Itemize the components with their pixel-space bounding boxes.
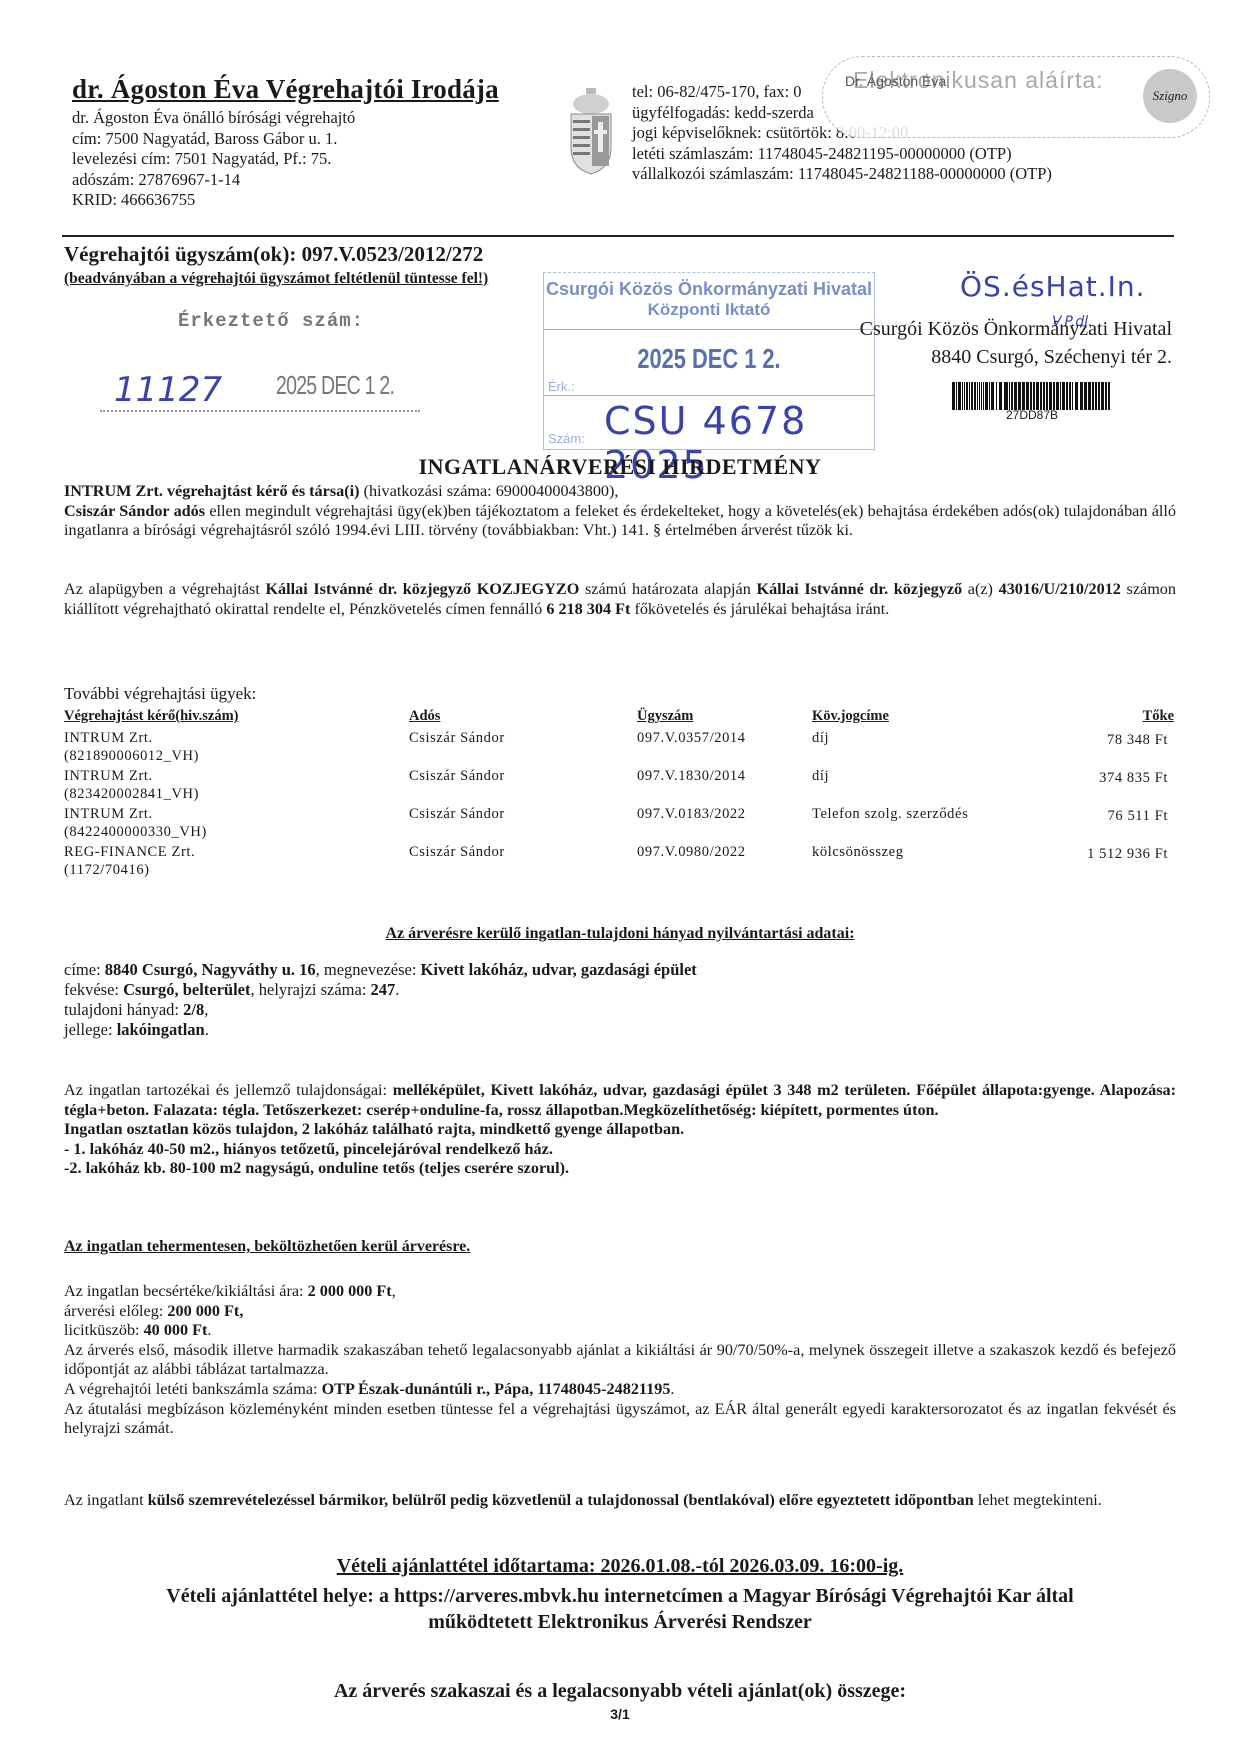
text: Az ingatlant bbox=[64, 1491, 148, 1509]
office-krid: KRID: 466636755 bbox=[72, 190, 355, 211]
further-cases-label: További végrehajtási ügyek: bbox=[64, 684, 256, 704]
notary-name: Kállai Istvánné dr. közjegyző bbox=[756, 580, 962, 598]
property-name: Kivett lakóház, udvar, gazdasági épület bbox=[421, 960, 697, 979]
incoming-registry-stamp: Csurgói Közös Önkormányzati Hivatal Közp… bbox=[543, 272, 875, 450]
stages-text: Az árverés első, második illetve harmadi… bbox=[64, 1341, 1176, 1380]
intro-text: ellen megindult végrehajtási ügy(ek)ben … bbox=[64, 502, 1176, 540]
principal-amount: 1 512 936 Ft bbox=[1087, 846, 1168, 863]
label: fekvése: bbox=[64, 980, 123, 999]
label: , helyrajzi száma: bbox=[251, 980, 371, 999]
property-location-line: fekvése: Csurgó, belterület, helyrajzi s… bbox=[64, 980, 697, 1000]
estimate-line: Az ingatlan becsértéke/kikiáltási ára: 2… bbox=[64, 1282, 1176, 1302]
col-header-debtor: Adós bbox=[409, 708, 440, 725]
principal-amount: 6 218 304 Ft bbox=[546, 600, 630, 618]
property-details: címe: 8840 Csurgó, Nagyváthy u. 16, megn… bbox=[64, 960, 697, 1040]
document-number: 43016/U/210/2012 bbox=[999, 580, 1121, 598]
creditor-name: INTRUM Zrt. bbox=[64, 730, 153, 747]
received-number-handwritten: 11127 bbox=[114, 370, 222, 410]
bank-account: OTP Észak-dunántúli r., Pápa, 11748045-2… bbox=[322, 1380, 671, 1398]
stamp-date: 2025 DEC 1 2. bbox=[580, 343, 837, 375]
col-header-amount: Tőke bbox=[1143, 708, 1174, 725]
debtor-name: Csiszár Sándor bbox=[409, 768, 505, 785]
stamp-office-name: Csurgói Közös Önkormányzati Hivatal bbox=[544, 279, 874, 300]
addressee-address: 8840 Csurgó, Széchenyi tér 2. bbox=[931, 346, 1172, 369]
property-address: 8840 Csurgó, Nagyváthy u. 16 bbox=[105, 960, 316, 979]
intro-paragraph: INTRUM Zrt. végrehajtást kérő és társa(i… bbox=[64, 482, 1176, 541]
debtor-name: Csiszár Sándor bbox=[409, 806, 505, 823]
coat-of-arms-icon bbox=[566, 86, 616, 176]
seal-text: Szigno bbox=[1153, 88, 1188, 104]
esignature-signer: Dr. Ágoston Éva bbox=[845, 73, 946, 89]
increment-value: 40 000 Ft bbox=[144, 1321, 208, 1339]
bidding-place-system: működtetett Elektronikus Árverési Rendsz… bbox=[0, 1611, 1240, 1634]
business-account: vállalkozói számlaszám: 11748045-2482118… bbox=[632, 164, 1052, 185]
case-number: 097.V.0357/2014 bbox=[637, 730, 746, 747]
bidding-place: Vételi ajánlattétel helye: a https://arv… bbox=[0, 1585, 1240, 1608]
estimate-value: 2 000 000 Ft bbox=[308, 1282, 392, 1300]
addressee-handwritten-note: ÖS.ésHat.In. bbox=[960, 270, 1146, 303]
text: számú határozata alapján bbox=[579, 580, 756, 598]
house-2-note: -2. lakóház kb. 80-100 m2 nagyságú, ondu… bbox=[64, 1159, 569, 1177]
received-date: 2025 DEC 1 2. bbox=[276, 370, 394, 401]
bidding-period: Vételi ajánlattétel időtartama: 2026.01.… bbox=[0, 1555, 1240, 1578]
deposit-line: árverési előleg: 200 000 Ft, bbox=[64, 1302, 1176, 1322]
col-header-claim-title: Köv.jogcíme bbox=[812, 708, 889, 725]
creditor-name: INTRUM Zrt. végrehajtást kérő és társa(i… bbox=[64, 482, 360, 500]
increment-line: licitküszöb: 40 000 Ft. bbox=[64, 1321, 1176, 1341]
office-title: dr. Ágoston Éva Végrehajtói Irodája bbox=[72, 74, 499, 105]
creditor-ref: (823420002841_VH) bbox=[64, 786, 199, 803]
case-number: 097.V.1830/2014 bbox=[637, 768, 746, 785]
office-address: cím: 7500 Nagyatád, Baross Gábor u. 1. bbox=[72, 129, 355, 150]
case-number: 097.V.0980/2022 bbox=[637, 844, 746, 861]
stamp-divider bbox=[544, 395, 874, 396]
price-details: Az ingatlan becsértéke/kikiáltási ára: 2… bbox=[64, 1282, 1176, 1439]
text: a(z) bbox=[962, 580, 998, 598]
label: jellege: bbox=[64, 1020, 117, 1039]
debtor-name: Csiszár Sándor bbox=[409, 844, 505, 861]
property-share: 2/8 bbox=[183, 1000, 204, 1019]
creditor-name: REG-FINANCE Zrt. bbox=[64, 844, 195, 861]
office-postal-address: levelezési cím: 7501 Nagyatád, Pf.: 75. bbox=[72, 149, 355, 170]
label: Az ingatlan becsértéke/kikiáltási ára: bbox=[64, 1282, 308, 1300]
co-ownership-note: Ingatlan osztatlan közös tulajdon, 2 lak… bbox=[64, 1120, 684, 1138]
claim-title: díj bbox=[812, 768, 829, 785]
label: A végrehajtói letéti bankszámla száma: bbox=[64, 1380, 322, 1398]
reference-number: (hivatkozási száma: 69000400043800), bbox=[360, 482, 619, 500]
viewing-conditions: külső szemrevételezéssel bármikor, belül… bbox=[148, 1491, 974, 1509]
text: Az alapügyben a végrehajtást bbox=[64, 580, 265, 598]
table-row: INTRUM Zrt.(823420002841_VH)Csiszár Sánd… bbox=[64, 768, 1174, 810]
case-note: (beadványában a végrehajtói ügyszámot fe… bbox=[64, 270, 488, 288]
bank-line: A végrehajtói letéti bankszámla száma: O… bbox=[64, 1380, 1176, 1400]
table-row: REG-FINANCE Zrt.(1172/70416)Csiszár Sánd… bbox=[64, 844, 1174, 886]
received-number-label: Érkeztető szám: bbox=[178, 310, 364, 332]
col-header-creditor: Végrehajtást kérő(hiv.szám) bbox=[64, 708, 239, 725]
deposit-value: 200 000 Ft bbox=[167, 1302, 239, 1320]
property-type-line: jellege: lakóingatlan. bbox=[64, 1020, 697, 1040]
barcode-text: 27DD87B bbox=[952, 408, 1112, 422]
stamp-divider bbox=[544, 329, 874, 330]
seal-icon: Szigno bbox=[1143, 69, 1197, 123]
property-type: lakóingatlan bbox=[117, 1020, 205, 1039]
transfer-note: Az átutalási megbízáson közleményként mi… bbox=[64, 1400, 1176, 1439]
addressee-name: Csurgói Közös Önkormányzati Hivatal bbox=[860, 318, 1172, 341]
creditor-ref: (8422400000330_VH) bbox=[64, 824, 207, 841]
office-details: dr. Ágoston Éva önálló bírósági végrehaj… bbox=[72, 108, 355, 211]
creditor-name: INTRUM Zrt. bbox=[64, 768, 153, 785]
claim-title: Telefon szolg. szerződés bbox=[812, 806, 968, 823]
principal-amount: 374 835 Ft bbox=[1099, 770, 1168, 787]
label: címe: bbox=[64, 960, 105, 979]
property-lot-number: 247 bbox=[371, 980, 396, 999]
label: , megnevezése: bbox=[316, 960, 421, 979]
creditor-name: INTRUM Zrt. bbox=[64, 806, 153, 823]
electronic-signature-stamp: Elektronikusan aláírta: Dr. Ágoston Éva … bbox=[822, 56, 1210, 138]
property-share-line: tulajdoni hányad: 2/8, bbox=[64, 1000, 697, 1020]
label: tulajdoni hányad: bbox=[64, 1000, 183, 1019]
case-number: Végrehajtói ügyszám(ok): 097.V.0523/2012… bbox=[64, 242, 483, 267]
label: licitküszöb: bbox=[64, 1321, 144, 1339]
case-number: 097.V.0183/2022 bbox=[637, 806, 746, 823]
unencumbered-note: Az ingatlan tehermentesen, beköltözhetőe… bbox=[64, 1238, 470, 1256]
stamp-registry-name: Központi Iktató bbox=[544, 300, 874, 320]
office-line: dr. Ágoston Éva önálló bírósági végrehaj… bbox=[72, 108, 355, 129]
text: lehet megtekinteni. bbox=[974, 1491, 1102, 1509]
document-title: INGATLANÁRVERÉSI HIRDETMÉNY bbox=[0, 454, 1240, 480]
house-1-note: - 1. lakóház 40-50 m2., hiányos tetőzetű… bbox=[64, 1140, 553, 1158]
page-number: 3/1 bbox=[0, 1706, 1240, 1722]
claim-title: díj bbox=[812, 730, 829, 747]
received-dotted-line bbox=[100, 410, 420, 412]
auction-stages-heading: Az árverés szakaszai és a legalacsonyabb… bbox=[0, 1680, 1240, 1703]
office-tax-number: adószám: 27876967-1-14 bbox=[72, 170, 355, 191]
label: Az ingatlan tartozékai és jellemző tulaj… bbox=[64, 1081, 393, 1099]
property-attributes: Az ingatlan tartozékai és jellemző tulaj… bbox=[64, 1081, 1176, 1179]
table-row: INTRUM Zrt.(8422400000330_VH)Csiszár Sán… bbox=[64, 806, 1174, 848]
col-header-case-number: Ügyszám bbox=[637, 708, 693, 725]
debtor-name: Csiszár Sándor adós bbox=[64, 502, 205, 520]
principal-amount: 76 511 Ft bbox=[1108, 808, 1168, 825]
notary-ref: Kállai Istvánné dr. közjegyző KOZJEGYZO bbox=[265, 580, 579, 598]
stamp-number-label: Szám: bbox=[548, 431, 585, 446]
creditor-ref: (821890006012_VH) bbox=[64, 748, 199, 765]
claim-title: kölcsönösszeg bbox=[812, 844, 904, 861]
table-row: INTRUM Zrt.(821890006012_VH)Csiszár Sánd… bbox=[64, 730, 1174, 772]
barcode-icon bbox=[952, 382, 1112, 410]
text: főkövetelés és járulékai behajtása iránt… bbox=[630, 600, 889, 618]
label: árverési előleg: bbox=[64, 1302, 167, 1320]
property-address-line: címe: 8840 Csurgó, Nagyváthy u. 16, megn… bbox=[64, 960, 697, 980]
header-divider bbox=[62, 235, 1174, 237]
viewing-note: Az ingatlant külső szemrevételezéssel bá… bbox=[64, 1491, 1176, 1511]
creditor-ref: (1172/70416) bbox=[64, 862, 150, 879]
basis-paragraph: Az alapügyben a végrehajtást Kállai Istv… bbox=[64, 580, 1176, 619]
property-section-heading: Az árverésre kerülő ingatlan-tulajdoni h… bbox=[0, 925, 1240, 943]
principal-amount: 78 348 Ft bbox=[1107, 732, 1168, 749]
property-location: Csurgó, belterület bbox=[123, 980, 250, 999]
debtor-name: Csiszár Sándor bbox=[409, 730, 505, 747]
stamp-erk-label: Érk.: bbox=[548, 379, 575, 394]
escrow-account: letéti számlaszám: 11748045-24821195-000… bbox=[632, 144, 1052, 165]
